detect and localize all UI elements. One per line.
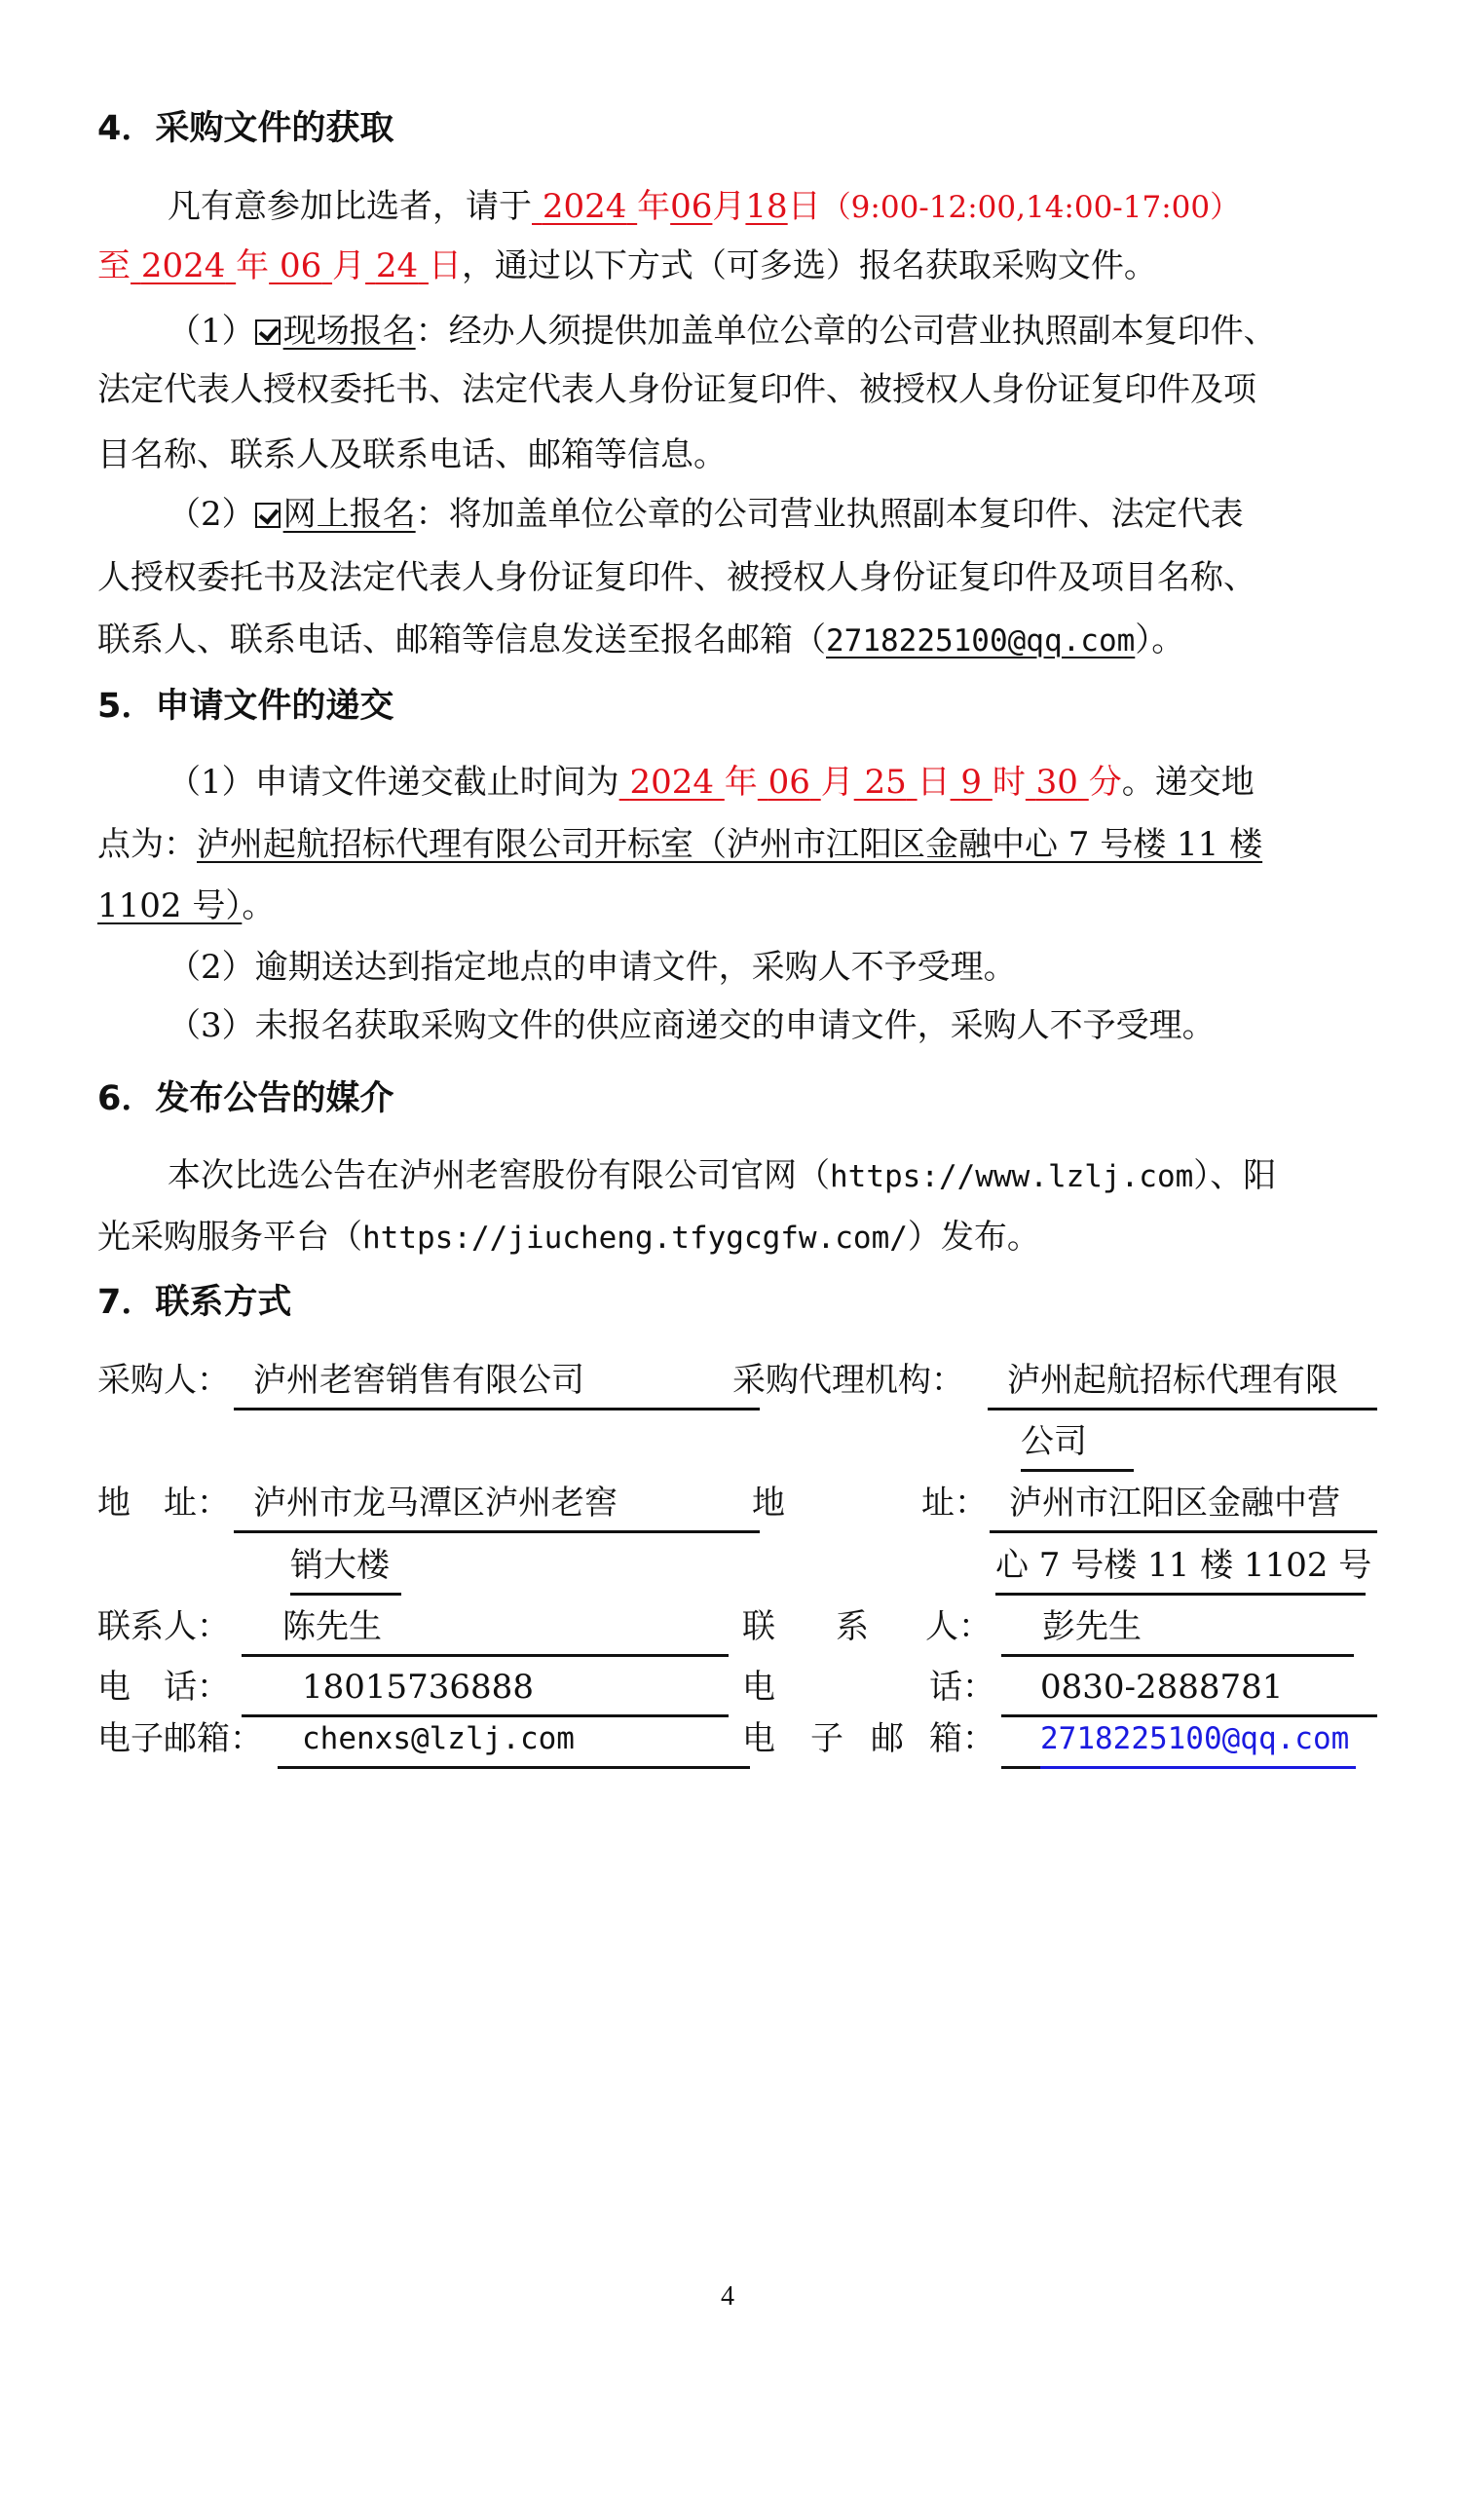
media-text: ）、阳 bbox=[1193, 1156, 1276, 1195]
end-day: 24 bbox=[365, 246, 429, 285]
purchaser-name: 泸州老窖销售有限公司 bbox=[253, 1359, 584, 1402]
deadline-year: 2024 bbox=[619, 763, 725, 802]
email-label: 电子邮箱： bbox=[97, 1717, 263, 1760]
email-label: 邮 bbox=[871, 1717, 904, 1760]
address-label: 址： bbox=[921, 1482, 988, 1524]
option-2-line-1: （2）网上报名：将加盖单位公章的公司营业执照副本复印件、法定代表 bbox=[168, 493, 1375, 536]
section-5-item-1-line-1: （1）申请文件递交截止时间为 2024 年 06 月 25 日 9 时 30 分… bbox=[168, 761, 1375, 804]
submission-location: 泸州起航招标代理有限公司开标室（泸州市江阳区金融中心 7 号楼 11 楼 bbox=[197, 825, 1262, 864]
underline bbox=[234, 1530, 760, 1533]
section-4-para-line-2: 至 2024 年 06 月 24 日，通过以下方式（可多选）报名获取采购文件。 bbox=[97, 244, 1375, 287]
underline bbox=[988, 1408, 1377, 1410]
contact-label: 人： bbox=[925, 1605, 992, 1648]
option-2-line-2: 人授权委托书及法定代表人身份证复印件、被授权人身份证复印件及项目名称、 bbox=[97, 556, 1375, 599]
item-text: 点为： bbox=[97, 825, 197, 864]
para-text: 凡有意参加比选者，请于 bbox=[168, 187, 532, 226]
agency-label: 采购代理机构： bbox=[732, 1359, 964, 1402]
agency-address-line-2: 心 7 号楼 11 楼 1102 号 bbox=[995, 1544, 1371, 1587]
to-text: 至 bbox=[97, 246, 131, 285]
agency-name-line-1: 泸州起航招标代理有限 bbox=[1007, 1359, 1338, 1402]
agency-address-line-1: 泸州市江阳区金融中营 bbox=[1009, 1482, 1340, 1524]
option-1-line-2: 法定代表人授权委托书、法定代表人身份证复印件、被授权人身份证复印件及项 bbox=[97, 368, 1375, 411]
option-text: 联系人、联系电话、邮箱等信息发送至报名邮箱（ bbox=[97, 621, 826, 659]
section-5-item-1-line-3: 1102 号）。 bbox=[97, 884, 1375, 927]
item-text: 。 bbox=[242, 886, 275, 925]
registration-email-link[interactable]: 2718225100@qq.com bbox=[826, 623, 1135, 658]
purchaser-address-line-2: 销大楼 bbox=[290, 1544, 390, 1587]
office-hours: （9:00-12:00,14:00-17:00） bbox=[821, 190, 1240, 225]
option-text: ）。 bbox=[1135, 621, 1184, 659]
option-1-title: 现场报名 bbox=[255, 312, 416, 351]
option-number: （1） bbox=[168, 312, 255, 351]
address-label: 地 址： bbox=[97, 1482, 230, 1524]
year-unit: 年 bbox=[637, 187, 670, 226]
unit: 月 bbox=[821, 763, 854, 802]
month-unit: 月 bbox=[712, 187, 745, 226]
section-6-heading: 6．发布公告的媒介 bbox=[97, 1077, 1375, 1120]
unit: 年 bbox=[725, 763, 758, 802]
agency-phone: 0830-2888781 bbox=[1040, 1666, 1283, 1709]
underline bbox=[995, 1593, 1366, 1596]
purchaser-address-line-1: 泸州市龙马潭区泸州老窖 bbox=[253, 1482, 618, 1524]
page-number: 4 bbox=[721, 2281, 734, 2313]
section-6-line-2: 光采购服务平台（https://jiucheng.tfygcgfw.com/）发… bbox=[97, 1216, 1375, 1260]
purchaser-email[interactable]: chenxs@lzlj.com bbox=[302, 1717, 575, 1760]
day-unit: 日 bbox=[788, 187, 821, 226]
sunshine-procurement-link[interactable]: https://jiucheng.tfygcgfw.com/ bbox=[362, 1221, 908, 1256]
purchaser-phone: 18015736888 bbox=[302, 1666, 534, 1709]
underline bbox=[1021, 1469, 1134, 1472]
agency-email-link[interactable]: 2718225100@qq.com bbox=[1040, 1717, 1349, 1760]
section-4-heading: 4．采购文件的获取 bbox=[97, 107, 1375, 150]
section-5-item-2: （2）逾期送达到指定地点的申请文件，采购人不予受理。 bbox=[168, 946, 1375, 989]
phone-label: 话： bbox=[929, 1666, 995, 1709]
option-1-line-1: （1）现场报名：经办人须提供加盖单位公章的公司营业执照副本复印件、 bbox=[168, 310, 1375, 353]
option-2-title: 网上报名 bbox=[255, 495, 416, 534]
link-underline bbox=[1040, 1766, 1356, 1769]
section-5-heading: 5．申请文件的递交 bbox=[97, 685, 1375, 728]
item-text: （1）申请文件递交截止时间为 bbox=[168, 763, 619, 802]
underline bbox=[242, 1654, 729, 1657]
underline bbox=[290, 1593, 401, 1596]
underline bbox=[1001, 1766, 1040, 1769]
phone-label: 电 话： bbox=[97, 1666, 230, 1709]
option-text: 经办人须提供加盖单位公章的公司营业执照副本复印件、 bbox=[449, 312, 1277, 351]
email-label: 电 bbox=[742, 1717, 775, 1760]
address-label: 地 bbox=[752, 1482, 785, 1524]
colon: ： bbox=[416, 312, 449, 351]
para-text: ，通过以下方式（可多选）报名获取采购文件。 bbox=[462, 246, 1157, 285]
option-2-line-3: 联系人、联系电话、邮箱等信息发送至报名邮箱（2718225100@qq.com）… bbox=[97, 619, 1375, 662]
underline bbox=[1001, 1654, 1354, 1657]
underline bbox=[990, 1530, 1377, 1533]
contact-label: 联系人： bbox=[97, 1605, 230, 1648]
unit: 分 bbox=[1089, 763, 1122, 802]
phone-label: 电 bbox=[742, 1666, 775, 1709]
unit: 日 bbox=[918, 763, 951, 802]
item-text: 。递交地 bbox=[1122, 763, 1255, 802]
contact-label: 联 bbox=[742, 1605, 775, 1648]
end-month: 06 bbox=[269, 246, 332, 285]
start-day: 18 bbox=[745, 187, 787, 226]
deadline-hour: 9 bbox=[951, 763, 993, 802]
end-year: 2024 bbox=[131, 246, 236, 285]
document-page: 4．采购文件的获取 凡有意参加比选者，请于 2024 年06月18日（9:00-… bbox=[0, 0, 1461, 2520]
section-7-heading: 7．联系方式 bbox=[97, 1281, 1375, 1324]
start-year: 2024 bbox=[532, 187, 637, 226]
deadline-minute: 30 bbox=[1026, 763, 1089, 802]
agency-name-line-2: 公司 bbox=[1021, 1420, 1087, 1463]
media-text: ）发布。 bbox=[908, 1218, 1040, 1257]
colon: ： bbox=[416, 495, 449, 534]
underline bbox=[234, 1408, 760, 1410]
media-text: 本次比选公告在泸州老窖股份有限公司官网（ bbox=[168, 1156, 830, 1195]
checkbox-checked-icon bbox=[255, 320, 281, 345]
deadline-month: 06 bbox=[758, 763, 821, 802]
submission-location-room: 1102 号） bbox=[97, 886, 242, 925]
underline bbox=[278, 1766, 750, 1769]
checkbox-checked-icon bbox=[255, 503, 281, 528]
option-number: （2） bbox=[168, 495, 255, 534]
section-6-line-1: 本次比选公告在泸州老窖股份有限公司官网（https://www.lzlj.com… bbox=[168, 1154, 1375, 1198]
option-1-line-3: 目名称、联系人及联系电话、邮箱等信息。 bbox=[97, 433, 1375, 476]
year-unit: 年 bbox=[236, 246, 269, 285]
section-5-item-1-line-2: 点为：泸州起航招标代理有限公司开标室（泸州市江阳区金融中心 7 号楼 11 楼 bbox=[97, 823, 1375, 866]
email-label: 箱： bbox=[929, 1717, 995, 1760]
option-text: 将加盖单位公章的公司营业执照副本复印件、法定代表 bbox=[449, 495, 1244, 534]
media-text: 光采购服务平台（ bbox=[97, 1218, 362, 1257]
purchaser-contact: 陈先生 bbox=[282, 1605, 382, 1648]
email-label: 子 bbox=[810, 1717, 843, 1760]
unit: 时 bbox=[993, 763, 1026, 802]
lzlj-website-link[interactable]: https://www.lzlj.com bbox=[830, 1159, 1193, 1194]
agency-contact: 彭先生 bbox=[1042, 1605, 1142, 1648]
start-month: 06 bbox=[670, 187, 712, 226]
contact-label: 系 bbox=[836, 1605, 869, 1648]
day-unit: 日 bbox=[429, 246, 462, 285]
section-5-item-3: （3）未报名获取采购文件的供应商递交的申请文件，采购人不予受理。 bbox=[168, 1004, 1375, 1047]
deadline-day: 25 bbox=[854, 763, 918, 802]
month-unit: 月 bbox=[332, 246, 365, 285]
section-4-para-line-1: 凡有意参加比选者，请于 2024 年06月18日（9:00-12:00,14:0… bbox=[168, 185, 1375, 229]
purchaser-label: 采购人： bbox=[97, 1359, 230, 1402]
